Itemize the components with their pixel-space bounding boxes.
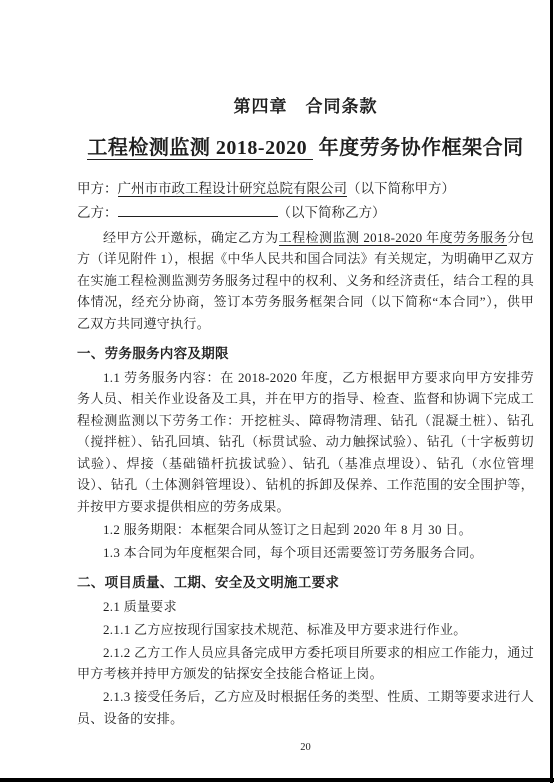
section-2-heading: 二、项目质量、工期、安全及文明施工要求 <box>77 572 534 594</box>
party-a-name: 广州市市政工程设计研究总院有限公司 <box>118 181 348 197</box>
page-number: 20 <box>77 742 534 753</box>
clause-1-3: 1.3 本合同为年度框架合同，每个项目还需要签订劳务服务合同。 <box>77 542 534 564</box>
document-page: 第四章 合同条款 工程检测监测 2018-2020 年度劳务协作框架合同 甲方：… <box>0 0 554 783</box>
party-a-label: 甲方： <box>77 181 118 196</box>
scan-artifact-bottom-edge <box>0 778 554 782</box>
clause-1-1: 1.1 劳务服务内容：在 2018-2020 年度，乙方根据甲方要求向甲方安排劳… <box>77 367 534 518</box>
contract-title-rest: 年度劳务协作框架合同 <box>313 137 524 159</box>
scan-artifact-right-edge <box>550 0 553 783</box>
chapter-title: 第四章 合同条款 <box>77 92 534 117</box>
party-a-suffix: （以下简称甲方） <box>347 181 455 196</box>
contract-title: 工程检测监测 2018-2020 年度劳务协作框架合同 <box>77 131 534 160</box>
intro-underlined-part: 工程检测监测 2018-2020 年度劳务服务 <box>279 230 508 246</box>
party-a-line: 甲方：广州市市政工程设计研究总院有限公司（以下简称甲方） <box>77 177 534 201</box>
party-b-blank-field <box>118 203 278 217</box>
intro-paragraph: 经甲方公开邀标，确定乙方为工程检测监测 2018-2020 年度劳务服务分包方（… <box>77 227 534 335</box>
clause-1-2: 1.2 服务期限：本框架合同从签订之日起到 2020 年 8 月 30 日。 <box>77 519 534 541</box>
page-content: 第四章 合同条款 工程检测监测 2018-2020 年度劳务协作框架合同 甲方：… <box>77 0 534 731</box>
clause-2-1-2: 2.1.2 乙方工作人员应具备完成甲方委托项目所要求的相应工作能力，通过甲方考核… <box>77 642 534 685</box>
clause-2-1-3: 2.1.3 接受任务后，乙方应及时根据任务的类型、性质、工期等要求进行人员、设备… <box>77 686 534 729</box>
party-b-suffix: （以下简称乙方） <box>278 205 386 220</box>
section-1-heading: 一、劳务服务内容及期限 <box>77 343 534 365</box>
intro-pre: 经甲方公开邀标，确定乙方为 <box>103 230 279 245</box>
parties-block: 甲方：广州市市政工程设计研究总院有限公司（以下简称甲方） 乙方：（以下简称乙方） <box>77 177 534 225</box>
contract-title-underlined-part: 工程检测监测 2018-2020 <box>87 137 313 160</box>
clause-2-1-1: 2.1.1 乙方应按现行国家技术规范、标准及甲方要求进行作业。 <box>77 619 534 641</box>
party-b-label: 乙方： <box>77 205 118 220</box>
party-b-line: 乙方：（以下简称乙方） <box>77 201 534 225</box>
clause-2-1: 2.1 质量要求 <box>77 596 534 618</box>
contract-body: 经甲方公开邀标，确定乙方为工程检测监测 2018-2020 年度劳务服务分包方（… <box>77 227 534 730</box>
